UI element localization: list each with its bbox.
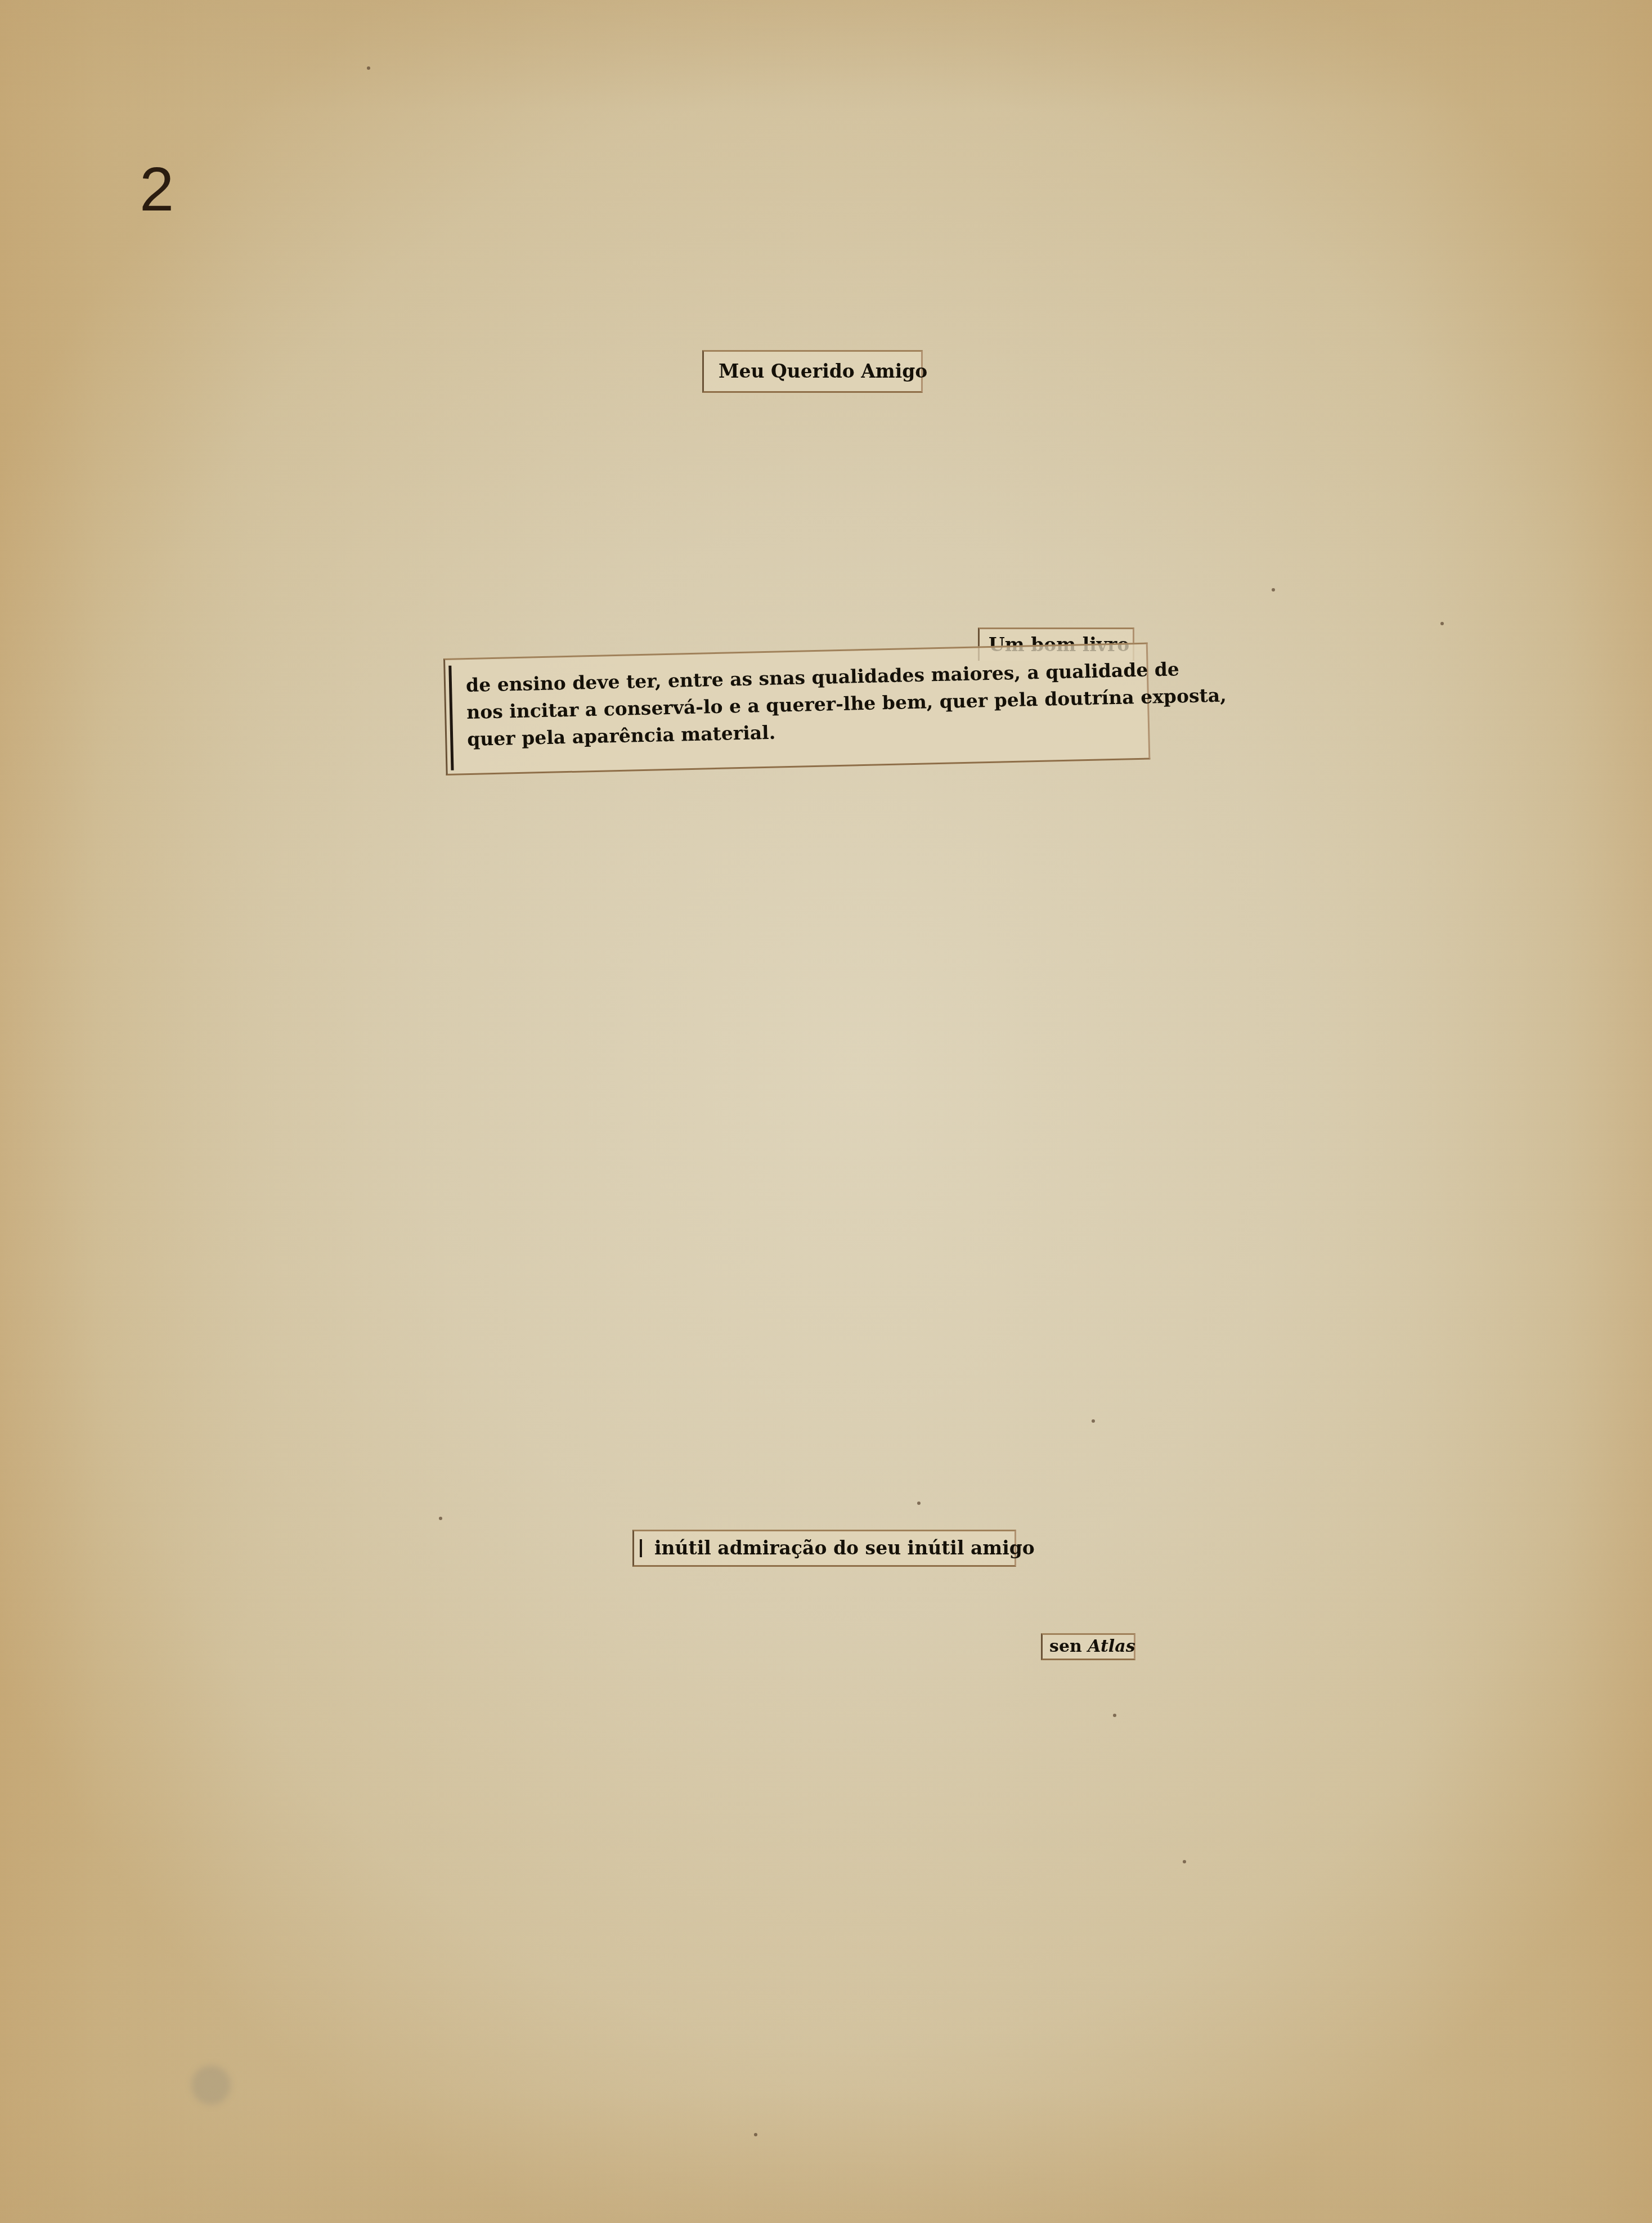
aged-paper-background bbox=[0, 0, 1652, 2223]
signature-name: Atlas bbox=[1088, 1637, 1135, 1656]
column-rule-mark bbox=[640, 1539, 642, 1557]
paper-stain bbox=[191, 2065, 231, 2105]
paper-speck bbox=[1440, 622, 1444, 625]
paper-speck bbox=[439, 1517, 442, 1520]
column-rule-mark bbox=[448, 666, 454, 770]
paper-speck bbox=[1092, 1419, 1095, 1423]
signature-clipping: sen Atlas bbox=[1041, 1633, 1135, 1660]
signoff-word: sen bbox=[1049, 1637, 1082, 1656]
closing-clipping: inútil admiração do seu inútil amigo bbox=[632, 1530, 1016, 1567]
closing-text: inútil admiração do seu inútil amigo bbox=[654, 1537, 1035, 1559]
paper-speck bbox=[917, 1502, 921, 1505]
greeting-text: Meu Querido Amigo bbox=[719, 360, 927, 382]
paper-speck bbox=[1113, 1714, 1116, 1717]
paper-speck bbox=[367, 66, 370, 70]
greeting-clipping: Meu Querido Amigo bbox=[702, 350, 923, 393]
body-paragraph-clipping: de ensino deve ter, entre as snas qualid… bbox=[443, 643, 1150, 776]
paper-speck bbox=[1183, 1860, 1186, 1863]
paper-speck bbox=[754, 2133, 757, 2136]
paper-speck bbox=[1272, 588, 1275, 591]
page-number: 2 bbox=[140, 159, 174, 221]
